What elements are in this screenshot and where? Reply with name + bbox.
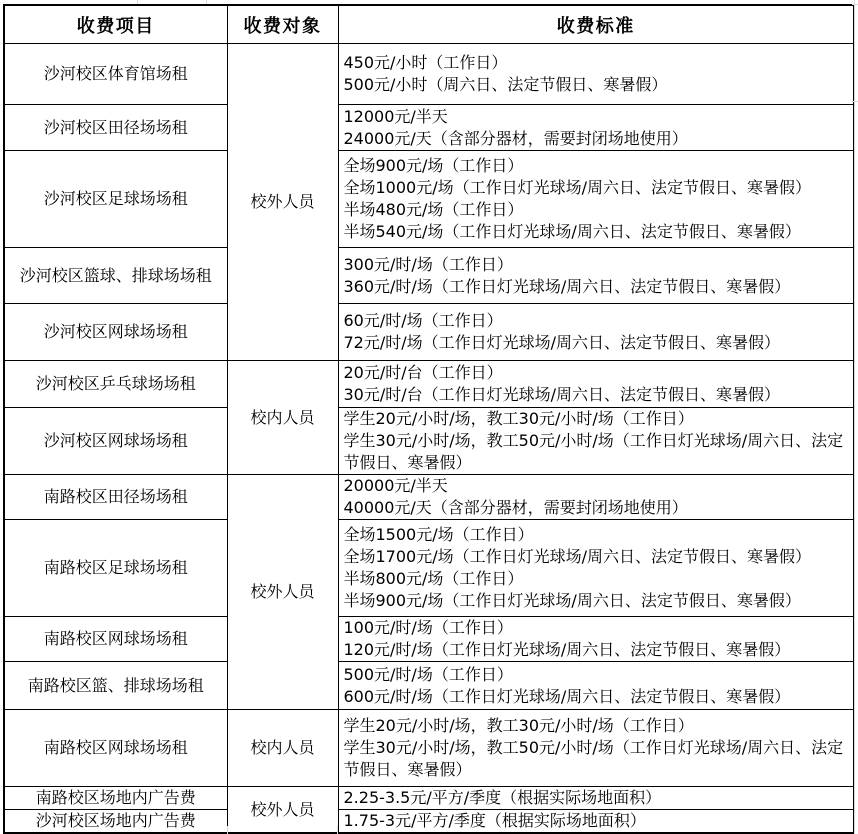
fee-item-cell: 沙河校区网球场场租 bbox=[4, 408, 227, 475]
excel-gridline bbox=[206, 0, 207, 4]
col-header-item: 收费项目 bbox=[4, 5, 227, 44]
fee-item-cell: 沙河校区篮球、排球场场租 bbox=[4, 248, 227, 304]
table-row: 南路校区田径场场租校外人员20000元/半天 40000元/天（含部分器材，需要… bbox=[4, 475, 854, 520]
table-row: 南路校区网球场场租100元/时/场（工作日） 120元/时/场（工作日灯光球场/… bbox=[4, 617, 854, 662]
fee-standard-cell: 全场1500元/场（工作日） 全场1700元/场（工作日灯光球场/周六日、法定节… bbox=[338, 520, 854, 617]
fee-item-cell: 沙河校区场地内广告费 bbox=[4, 810, 227, 834]
excel-gridline bbox=[852, 4, 858, 5]
fee-item-cell: 南路校区足球场场租 bbox=[4, 520, 227, 617]
excel-gridline bbox=[852, 101, 858, 102]
fee-standard-cell: 学生20元/小时/场，教工30元/小时/场（工作日） 学生30元/小时/场，教工… bbox=[338, 408, 854, 475]
fee-standard-cell: 2.25-3.5元/平方/季度（根据实际场地面积） bbox=[338, 787, 854, 810]
table-row: 沙河校区场地内广告费1.75-3元/平方/季度（根据实际场地面积） bbox=[4, 810, 854, 834]
table-row: 南路校区足球场场租全场1500元/场（工作日） 全场1700元/场（工作日灯光球… bbox=[4, 520, 854, 617]
excel-gridline bbox=[854, 0, 855, 834]
table-row: 南路校区网球场场租校内人员学生20元/小时/场，教工30元/小时/场（工作日） … bbox=[4, 710, 854, 787]
table-row: 沙河校区网球场场租60元/时/场（工作日） 72元/时/场（工作日灯光球场/周六… bbox=[4, 304, 854, 361]
fee-target-cell: 校内人员 bbox=[227, 710, 338, 787]
excel-gridline bbox=[227, 826, 228, 834]
header-row: 收费项目 收费对象 收费标准 bbox=[4, 5, 854, 44]
col-header-target: 收费对象 bbox=[227, 5, 338, 44]
fee-item-cell: 沙河校区体育馆场租 bbox=[4, 44, 227, 105]
fee-item-cell: 沙河校区乒乓球场场租 bbox=[4, 361, 227, 408]
fee-standard-cell: 100元/时/场（工作日） 120元/时/场（工作日灯光球场/周六日、法定节假日… bbox=[338, 617, 854, 662]
fee-target-cell: 校外人员 bbox=[227, 44, 338, 361]
fee-standard-cell: 全场900元/场（工作日） 全场1000元/场（工作日灯光球场/周六日、法定节假… bbox=[338, 151, 854, 248]
fee-standard-cell: 300元/时/场（工作日） 360元/时/场（工作日灯光球场/周六日、法定节假日… bbox=[338, 248, 854, 304]
excel-gridline bbox=[337, 826, 338, 834]
fee-item-cell: 南路校区田径场场租 bbox=[4, 475, 227, 520]
fee-item-cell: 沙河校区足球场场租 bbox=[4, 151, 227, 248]
col-header-standard: 收费标准 bbox=[338, 5, 854, 44]
fee-standard-cell: 20元/时/台（工作日） 30元/时/台（工作日灯光球场/周六日、法定节假日、寒… bbox=[338, 361, 854, 408]
fee-item-cell: 沙河校区网球场场租 bbox=[4, 304, 227, 361]
fee-target-cell: 校外人员 bbox=[227, 475, 338, 710]
fee-item-cell: 沙河校区田径场场租 bbox=[4, 105, 227, 151]
table-row: 沙河校区体育馆场租校外人员450元/小时（工作日） 500元/小时（周六日、法定… bbox=[4, 44, 854, 105]
fee-standard-cell: 500元/时/场（工作日） 600元/时/场（工作日灯光球场/周六日、法定节假日… bbox=[338, 662, 854, 710]
spreadsheet-area: 收费项目 收费对象 收费标准 沙河校区体育馆场租校外人员450元/小时（工作日）… bbox=[0, 0, 858, 834]
table-row: 南路校区篮、排球场场租500元/时/场（工作日） 600元/时/场（工作日灯光球… bbox=[4, 662, 854, 710]
fee-item-cell: 南路校区网球场场租 bbox=[4, 617, 227, 662]
table-row: 沙河校区足球场场租全场900元/场（工作日） 全场1000元/场（工作日灯光球场… bbox=[4, 151, 854, 248]
fee-standard-cell: 20000元/半天 40000元/天（含部分器材，需要封闭场地使用） bbox=[338, 475, 854, 520]
table-row: 沙河校区田径场场租12000元/半天 24000元/天（含部分器材，需要封闭场地… bbox=[4, 105, 854, 151]
fee-standard-cell: 1.75-3元/平方/季度（根据实际场地面积） bbox=[338, 810, 854, 834]
fee-item-cell: 南路校区场地内广告费 bbox=[4, 787, 227, 810]
fee-target-cell: 校外人员 bbox=[227, 787, 338, 834]
fee-standard-cell: 12000元/半天 24000元/天（含部分器材，需要封闭场地使用） bbox=[338, 105, 854, 151]
table-row: 沙河校区篮球、排球场场租300元/时/场（工作日） 360元/时/场（工作日灯光… bbox=[4, 248, 854, 304]
table-row: 南路校区场地内广告费校外人员2.25-3.5元/平方/季度（根据实际场地面积） bbox=[4, 787, 854, 810]
fee-item-cell: 南路校区网球场场租 bbox=[4, 710, 227, 787]
table-row: 沙河校区乒乓球场场租校内人员20元/时/台（工作日） 30元/时/台（工作日灯光… bbox=[4, 361, 854, 408]
fee-item-cell: 南路校区篮、排球场场租 bbox=[4, 662, 227, 710]
table-row: 沙河校区网球场场租学生20元/小时/场，教工30元/小时/场（工作日） 学生30… bbox=[4, 408, 854, 475]
excel-gridline bbox=[137, 0, 138, 4]
fee-standard-cell: 450元/小时（工作日） 500元/小时（周六日、法定节假日、寒暑假） bbox=[338, 44, 854, 105]
fee-standard-cell: 学生20元/小时/场，教工30元/小时/场（工作日） 学生30元/小时/场，教工… bbox=[338, 710, 854, 787]
fee-table: 收费项目 收费对象 收费标准 沙河校区体育馆场租校外人员450元/小时（工作日）… bbox=[3, 4, 855, 834]
fee-standard-cell: 60元/时/场（工作日） 72元/时/场（工作日灯光球场/周六日、法定节假日、寒… bbox=[338, 304, 854, 361]
fee-target-cell: 校内人员 bbox=[227, 361, 338, 475]
